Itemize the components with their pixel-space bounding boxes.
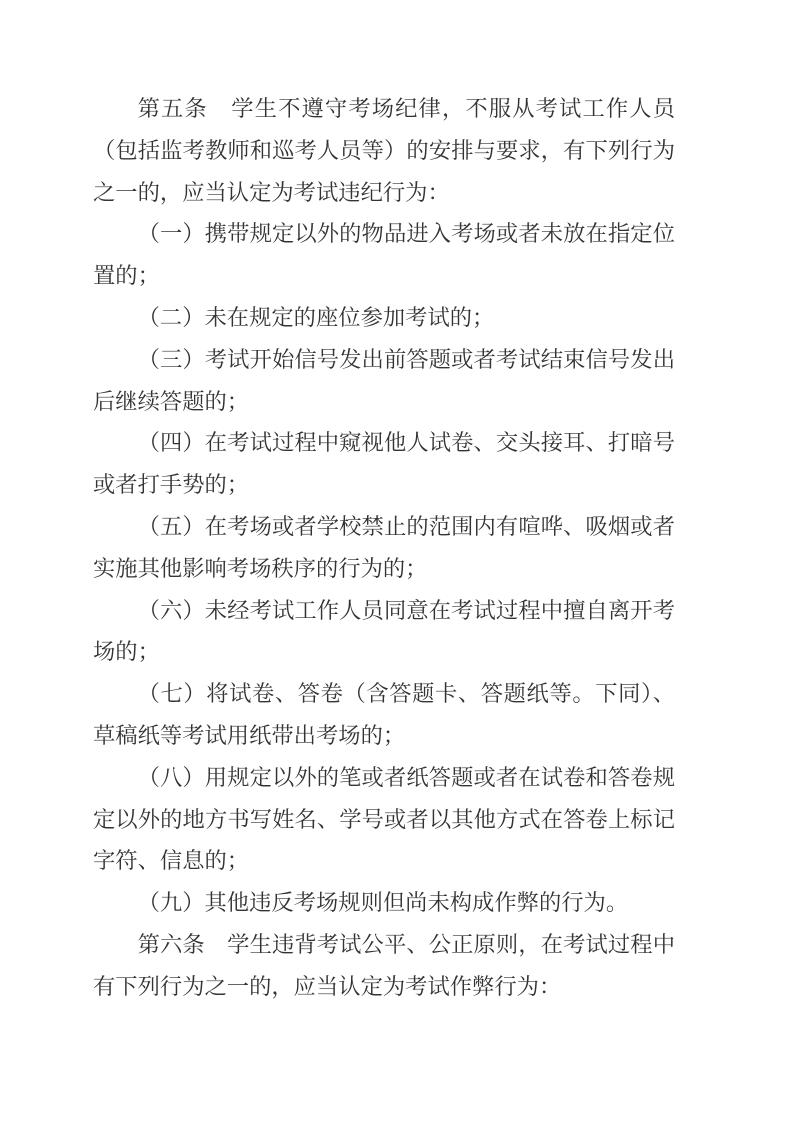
violation-item-1: （一）携带规定以外的物品进入考场或者未放在指定位置的； <box>93 213 675 297</box>
violation-item-3: （三）考试开始信号发出前答题或者考试结束信号发出后继续答题的； <box>93 339 675 423</box>
violation-item-5: （五）在考场或者学校禁止的范围内有喧哗、吸烟或者实施其他影响考场秩序的行为的； <box>93 506 675 590</box>
violation-item-4: （四）在考试过程中窥视他人试卷、交头接耳、打暗号或者打手势的； <box>93 422 675 506</box>
document-page: 第五条 学生不遵守考场纪律，不服从考试工作人员（包括监考教师和巡考人员等）的安排… <box>0 0 794 1123</box>
article-5-clause: 第五条 学生不遵守考场纪律，不服从考试工作人员（包括监考教师和巡考人员等）的安排… <box>93 88 675 213</box>
violation-item-2: （二）未在规定的座位参加考试的； <box>93 297 675 339</box>
violation-item-6: （六）未经考试工作人员同意在考试过程中擅自离开考场的； <box>93 590 675 674</box>
violation-item-9: （九）其他违反考场规则但尚未构成作弊的行为。 <box>93 882 675 924</box>
document-text-block: 第五条 学生不遵守考场纪律，不服从考试工作人员（包括监考教师和巡考人员等）的安排… <box>93 88 675 1008</box>
violation-item-7: （七）将试卷、答卷（含答题卡、答题纸等。下同）、草稿纸等考试用纸带出考场的； <box>93 673 675 757</box>
article-6-clause: 第六条 学生违背考试公平、公正原则，在考试过程中有下列行为之一的，应当认定为考试… <box>93 924 675 1008</box>
violation-item-8: （八）用规定以外的笔或者纸答题或者在试卷和答卷规定以外的地方书写姓名、学号或者以… <box>93 757 675 882</box>
